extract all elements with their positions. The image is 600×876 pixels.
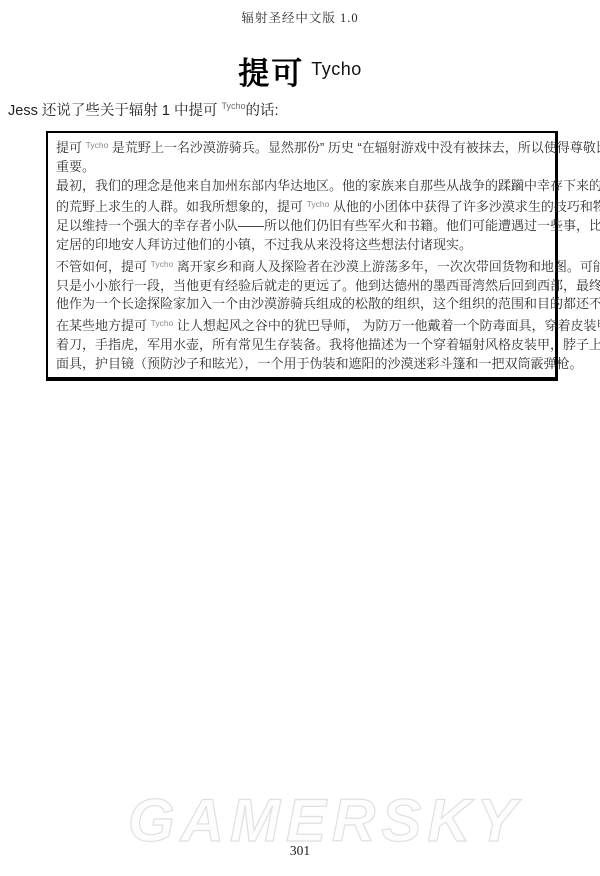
superscript-term: Tycho [307,199,330,209]
superscript-term: Tycho [86,140,109,150]
document-header-title: 辐射圣经中文版 1.0 [0,8,600,26]
intro-sentence: Jess 还说了些关于辐射 1 中提可 Tycho的话: [8,99,279,120]
quote-line: 提可 Tycho 是荒野上一名沙漠游骑兵。显然那份” 历史 “在辐射游戏中没有被… [56,136,548,158]
document-page: 辐射圣经中文版 1.0 提可Tycho Jess 还说了些关于辐射 1 中提可 … [0,0,600,876]
page-title-latin: Tycho [311,59,362,79]
quote-line: 重要。 [56,158,548,177]
quote-box: 提可 Tycho 是荒野上一名沙漠游骑兵。显然那份” 历史 “在辐射游戏中没有被… [46,131,558,381]
quote-line: 只是小小旅行一段，当他更有经验后就走的更远了。他到达德州的墨西哥湾然后回到西部，… [56,277,548,296]
quote-line: 在某些地方提可 Tycho 让人想起风之谷中的犹巴导师， 为防万一他戴着一个防毒… [56,314,548,336]
quote-line: 最初，我们的理念是他来自加州东部内华达地区。他的家族来自那些从战争的蹂躏中幸存下… [56,177,548,196]
quote-line: 他作为一个长途探险家加入一个由沙漠游骑兵组成的松散的组织，这个组织的范围和目的都… [56,295,548,314]
superscript-term: Tycho [222,101,246,111]
quote-line: 的荒野上求生的人群。如我所想象的，提可 Tycho 从他的小团体中获得了许多沙漠… [56,195,548,217]
superscript-term: Tycho [151,318,174,328]
page-number: 301 [0,843,600,859]
page-title: 提可Tycho [0,48,600,93]
page-title-chinese: 提可 [238,56,304,91]
superscript-term: Tycho [151,259,174,269]
quote-line: 不管如何，提可 Tycho 离开家乡和商人及探险者在沙漠上游荡多年，一次次带回货… [56,255,548,277]
quote-line: 面具，护目镜（预防沙子和眩光），一个用于伪装和遮阳的沙漠迷彩斗篷和一把双筒霰弹枪… [56,355,548,374]
quote-line: 足以维持一个强大的幸存者小队——所以他们仍旧有些军火和书籍。他们可能遭遇过一些事… [56,217,548,236]
quote-line: 定居的印地安人拜访过他们的小镇，不过我从来没将这些想法付诸现实。 [56,236,548,255]
quote-line: 着刀，手指虎，军用水壶，所有常见生存装备。我将他描述为一个穿着辐射风格皮装甲，脖… [56,336,548,355]
